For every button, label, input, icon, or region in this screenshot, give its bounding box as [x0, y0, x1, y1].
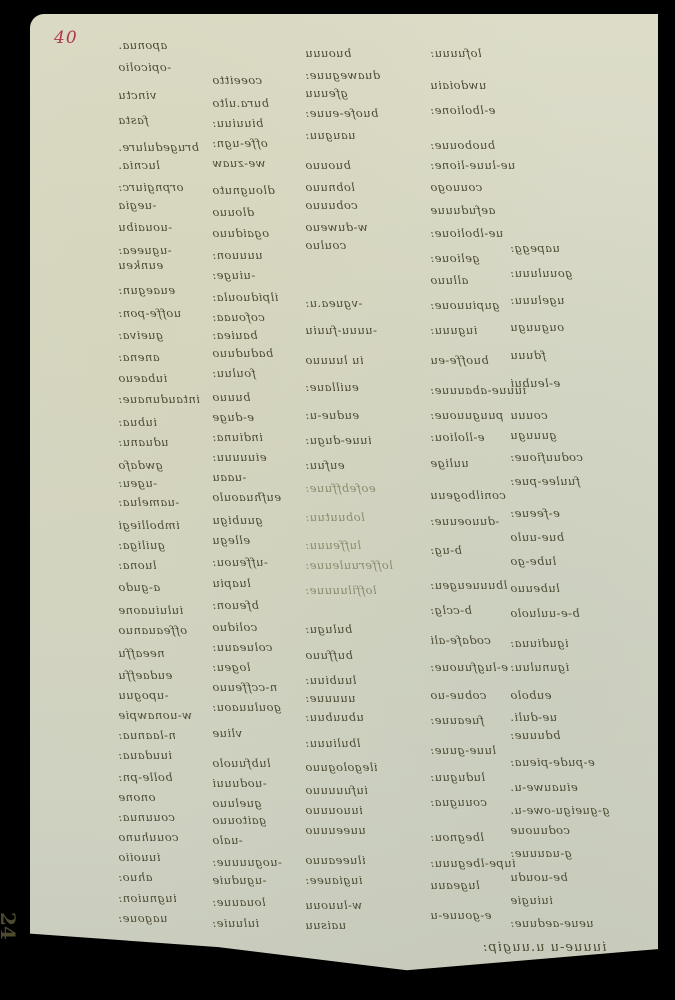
column-1-word: iuluiuaone: [118, 605, 183, 617]
column-2-word: luapiu: [212, 578, 251, 590]
column-1-word: iubua:: [118, 417, 157, 429]
column-1-word: -uamelua:: [118, 497, 179, 509]
column-2-word: logeu:: [212, 662, 250, 674]
column-5-word: e-feeue:: [510, 508, 560, 520]
column-2-word: uuuuon:: [212, 250, 263, 262]
column-5-word: igunuluu:: [510, 662, 569, 674]
column-2-word: louauue:: [212, 897, 266, 909]
column-3-word: uuuuue:: [305, 693, 356, 705]
column-4-word: uwdoiaiu: [430, 80, 486, 92]
column-5-word: lube-go: [510, 556, 556, 568]
column-1-word: iuudaua:: [118, 750, 172, 762]
column-1-word: intaudunaue:: [118, 394, 200, 406]
column-3-word: uueeuuuo: [305, 825, 366, 837]
column-1-word: -ugeu:: [118, 478, 157, 490]
column-4-word: buobouue:: [430, 140, 495, 152]
column-3-word: couluo: [305, 240, 346, 252]
column-1-word: -opicolio: [118, 62, 171, 74]
column-1-word: onone: [118, 792, 155, 804]
column-4-word: couugua:: [430, 797, 487, 809]
column-3-word: iu luuuuo: [305, 355, 364, 367]
column-5-word: lubeuuo: [510, 583, 560, 595]
column-1-word: offeauanuo: [118, 625, 187, 637]
column-3-word: lobnuuo: [305, 182, 355, 194]
column-2-word: dlougnuto: [212, 185, 275, 197]
column-5-word: bue-uulo: [510, 532, 564, 544]
column-2-word: bauiea:: [212, 330, 258, 342]
column-2-word: coliduo: [212, 622, 257, 634]
column-2-word: eiuuuuu:: [212, 452, 267, 464]
column-4-word: b-ug:: [430, 545, 462, 557]
column-2-word: bfeuon:: [212, 600, 259, 612]
column-1-word: -uegia: [118, 200, 156, 212]
column-3-word: bulugu:: [305, 624, 352, 636]
column-3-word: buouuo: [305, 160, 351, 172]
column-5-word: coduufioue:: [510, 452, 583, 464]
column-4-word: puuguuoue:: [430, 410, 503, 422]
column-1-word: uduanu:: [118, 437, 169, 449]
column-5-word: fduuu: [510, 350, 546, 362]
column-3-word: iuuouuuo: [305, 805, 363, 817]
column-3-word: eofebffuue:: [305, 483, 376, 495]
column-4-word: ue-luue-lione:: [430, 160, 515, 172]
column-1-word: a-gudo: [118, 582, 160, 594]
column-3-word: uaisuu: [305, 920, 346, 932]
column-2-word: lubfuuolo: [212, 758, 271, 770]
column-4-word: uulige: [430, 458, 469, 470]
column-4-word: gupiuuoue:: [430, 300, 500, 312]
column-1-word: iugnuion:: [118, 893, 177, 905]
column-2-word: n-ccffeuuo: [212, 682, 277, 694]
column-5-word: igudiuua:: [510, 638, 569, 650]
column-1-word: luona:: [118, 560, 157, 572]
column-2-word: colueauu:: [212, 642, 272, 654]
column-2-word: -uoguuuue:: [212, 857, 282, 869]
column-4-word: e-lloliou:: [430, 432, 485, 444]
column-5-word: uapegg:: [510, 243, 560, 255]
column-1-word: uagoue:: [118, 913, 167, 925]
column-5-word: g-gueigu-owe-u.: [510, 805, 610, 817]
column-3-word: ubuubuu:: [305, 712, 364, 724]
column-2-word: -uiuge:: [212, 270, 255, 282]
column-3-word: lbuliuuu:: [305, 738, 361, 750]
column-4-word: lofuuuu:: [430, 48, 482, 60]
column-1-word: n-laanua:: [118, 730, 176, 742]
column-4-word: luue-guue:: [430, 745, 496, 757]
column-4-word: lugeauu: [430, 880, 480, 892]
column-1-word: -upoguu: [118, 690, 169, 702]
footer-line: iuuue-u u.uugip:: [482, 940, 606, 955]
column-5-word: couuu: [510, 410, 548, 422]
column-2-word: ellegu: [212, 535, 250, 547]
column-3-word: eudue-u:: [305, 410, 359, 422]
column-5-word: eubolo: [510, 690, 552, 702]
column-3-word: buffuuo: [305, 650, 353, 662]
column-3-word: buouuu: [305, 48, 351, 60]
column-3-word: luubiuu:: [305, 675, 356, 687]
column-4-word: codafe-ali: [430, 635, 491, 647]
column-1-word: gwdafo: [118, 460, 163, 472]
column-2-word: indiuna:: [212, 432, 263, 444]
column-3-word: w-duweuo: [305, 222, 368, 234]
column-5-word: bduuue:: [510, 730, 560, 742]
column-4-word: e-gouue-u: [430, 910, 492, 922]
column-5-word: e-pude-pieua:: [510, 757, 595, 769]
column-4-word: e-lugfuuoue:: [430, 662, 508, 674]
column-1-word: fasta: [118, 115, 149, 127]
column-4-word: alluuo: [430, 275, 468, 287]
column-1-word: eunkeu: [118, 260, 163, 272]
column-5-word: ouguugu: [510, 322, 564, 334]
column-4-word: lbegnou:: [430, 832, 484, 844]
column-3-word: gfeuuu: [305, 88, 348, 100]
column-2-word: vliue: [212, 728, 242, 740]
column-3-word: uauguu:: [305, 130, 356, 142]
column-4-word: conilbogeuu: [430, 490, 506, 502]
column-2-word: -uoduuui: [212, 778, 267, 790]
column-5-word: b-e-uuluolo: [510, 608, 580, 620]
column-2-word: e-duge: [212, 412, 254, 424]
column-2-word: -uaau: [212, 472, 246, 484]
column-1-word: guiliga:: [118, 540, 165, 552]
column-2-word: buuuo: [212, 392, 251, 404]
column-2-word: gueluuo: [212, 798, 262, 810]
column-2-word: we-zuaw: [212, 158, 266, 170]
column-5-word: coduuoue: [510, 825, 570, 837]
column-5-word: g-uauuue:: [510, 848, 572, 860]
column-1-word: neeaffu: [118, 648, 165, 660]
column-1-word: iubaeuo: [118, 373, 167, 385]
column-1-word: anena:: [118, 352, 160, 364]
column-1-word: w-uonawpie: [118, 710, 192, 722]
column-4-word: iupe-lbeguuu:: [430, 858, 516, 870]
column-1-word: -ugueea:: [118, 245, 172, 257]
column-4-word: buoffe-eu: [430, 355, 489, 367]
column-3-word: ilegologuuo: [305, 762, 378, 774]
column-3-word: iuue-dugu:: [305, 435, 372, 447]
column-1-word: aponua.: [118, 40, 167, 52]
column-2-word: dlouuo: [212, 207, 254, 219]
column-5-word: ueue-aeduue:: [510, 918, 594, 930]
column-2-word: ilpiduoula:: [212, 292, 278, 304]
column-1-word: gueiva:: [118, 330, 163, 342]
column-2-word: -ualo: [212, 835, 243, 847]
column-1-word: ahuo:: [118, 872, 152, 884]
column-1-word: vinctu: [118, 90, 156, 102]
column-3-word: iugiauee:: [305, 875, 362, 887]
column-1-word: imbolliegi: [118, 520, 180, 532]
column-2-word: eufhuaoulo: [212, 492, 281, 504]
column-4-word: e-lbolione:: [430, 105, 495, 117]
column-4-word: iuguuu:: [430, 325, 477, 337]
column-1-word: eudaeffu: [118, 670, 172, 682]
column-3-word: duaweguue:: [305, 70, 380, 82]
column-1-word: -uouaibu: [118, 222, 172, 234]
column-5-word: e-leubui: [510, 378, 560, 390]
column-4-word: luduguu:: [430, 772, 485, 784]
column-2-word: cofouaa:: [212, 312, 265, 324]
column-2-word: guubigu: [212, 515, 263, 527]
column-5-word: guuugu: [510, 430, 557, 442]
column-5-word: gouuluuu:: [510, 268, 572, 280]
column-3-word: loffiluuuue:: [305, 585, 377, 597]
column-3-word: ilueeauuo: [305, 855, 366, 867]
column-3-word: -uuuu-fuuiu: [305, 325, 377, 337]
column-2-word: ogaiduuo: [212, 228, 269, 240]
column-4-word: gelioue:: [430, 253, 480, 265]
folio-number: 40: [54, 28, 78, 48]
column-2-word: coeeitto: [212, 75, 262, 87]
column-5-word: iuiugie: [510, 895, 553, 907]
column-3-word: buofe-euue:: [305, 108, 378, 120]
column-1-word: uoffe-pon:: [118, 308, 181, 320]
column-3-word: luffeuuu:: [305, 540, 361, 552]
column-5-word: eiuauwe-u.: [510, 782, 578, 794]
column-2-word: baduduuo: [212, 348, 273, 360]
signature-mark: 24: [0, 912, 20, 940]
column-2-word: fouluu:: [212, 368, 256, 380]
column-4-word: aefuduuue: [430, 205, 495, 217]
column-2-word: -uguduie: [212, 875, 267, 887]
column-3-word: euillaue:: [305, 382, 359, 394]
column-4-word: fueauue:: [430, 715, 484, 727]
column-1-word: iuuoiio: [118, 852, 161, 864]
column-4-word: lbuuueugeu:: [430, 580, 507, 592]
column-5-word: fuulee-pue:: [510, 476, 580, 488]
column-1-word: couuhuno: [118, 832, 179, 844]
column-4-word: couuogo: [430, 182, 482, 194]
column-1-word: brugedulure.: [118, 142, 199, 154]
column-1-word: orpngiurc:: [118, 182, 183, 194]
column-2-word: bura.ulto: [212, 98, 269, 110]
column-3-word: iufuuuuuo: [305, 785, 368, 797]
column-4-word: cobue-uo: [430, 690, 486, 702]
column-4-word: ue-lbolioue:: [430, 228, 503, 240]
column-3-word: eufuu:: [305, 460, 345, 472]
column-4-word: -duuoeuue:: [430, 516, 499, 528]
column-1-word: bolle-pn:: [118, 772, 173, 784]
column-3-word: lobuutuu:: [305, 512, 365, 524]
column-2-word: biuuiuu:: [212, 118, 263, 130]
column-3-word: w-luuouu: [305, 900, 362, 912]
column-1-word: lucnia.: [118, 160, 160, 172]
column-5-word: ue-duli.: [510, 712, 557, 724]
column-2-word: iuluuie:: [212, 918, 259, 930]
column-2-word: offe-ugn:: [212, 138, 268, 150]
column-5-word: be-uoudu: [510, 872, 568, 884]
column-3-word: cobuuuo: [305, 200, 358, 212]
column-4-word: b-cclg:: [430, 605, 472, 617]
column-2-word: gaitouuo: [212, 815, 266, 827]
column-2-word: gouluuaou:: [212, 702, 281, 714]
column-1-word: euaegun:: [118, 285, 175, 297]
column-3-word: lofferuuleuue:: [305, 560, 393, 572]
column-3-word: -vguea.u:: [305, 298, 362, 310]
column-2-word: -uffeuou:: [212, 557, 268, 569]
column-1-word: couunua:: [118, 812, 175, 824]
column-5-word: ugeluuu:: [510, 295, 565, 307]
